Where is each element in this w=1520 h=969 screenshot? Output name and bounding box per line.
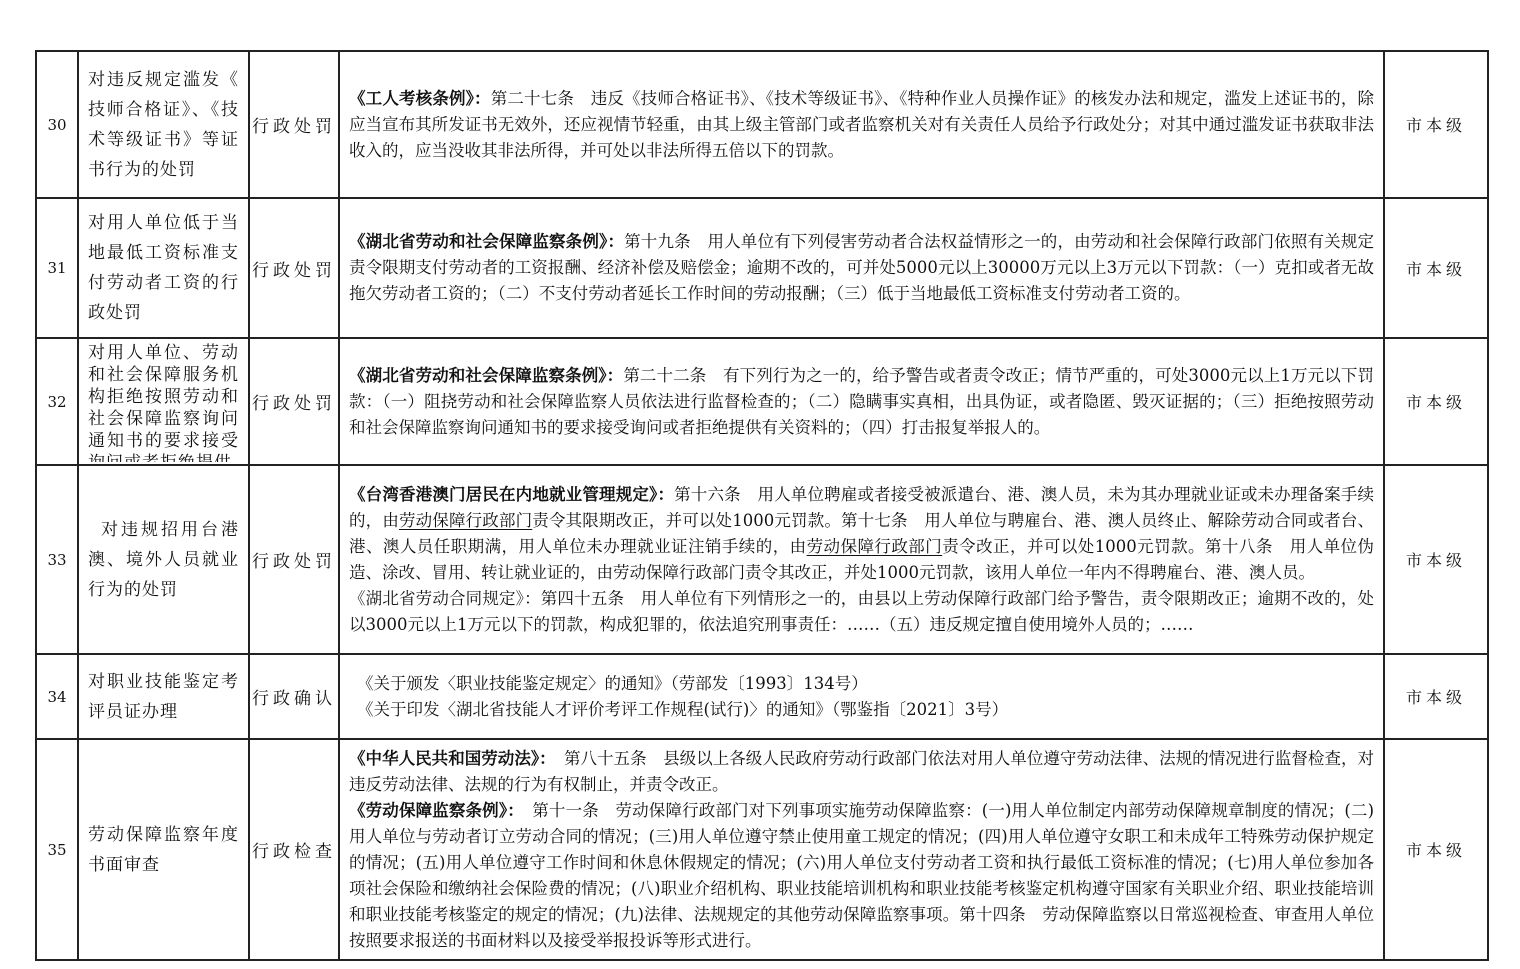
power-type: 行政检查 [249,739,339,960]
power-type: 行政处罚 [249,51,339,198]
item-name-cell: 对职业技能鉴定考评员证办理 [78,654,249,739]
underlined-authority: 劳动保障行政部门 [807,537,943,556]
document-page: 30 对违反规定滥发《技师合格证》、《技术等级证书》等证书行为的处罚 行政处罚 … [0,0,1520,969]
legal-basis-cell: 《工人考核条例》：第二十七条 违反《技师合格证书》、《技术等级证书》、《特种作业… [339,51,1384,198]
legal-paragraph: 《湖北省劳动和社会保障监察条例》：第十九条 用人单位有下列侵害劳动者合法权益情形… [349,229,1374,307]
table-row: 33 对违规招用台港澳、境外人员就业行为的处罚 行政处罚 《台湾香港澳门居民在内… [36,465,1488,654]
exercise-level: 市本级 [1384,654,1488,739]
legal-basis-cell: 《湖北省劳动和社会保障监察条例》：第二十二条 有下列行为之一的，给予警告或者责令… [339,338,1384,465]
legal-paragraph: 《中华人民共和国劳动法》： 第八十五条 县级以上各级人民政府劳动行政部门依法对用… [349,746,1374,798]
legal-paragraph: 《劳动保障监察条例》： 第十一条 劳动保障行政部门对下列事项实施劳动保障监察：(… [349,798,1374,954]
item-name-cell: 对违规招用台港澳、境外人员就业行为的处罚 [78,465,249,654]
power-type: 行政处罚 [249,465,339,654]
legal-paragraph: 《工人考核条例》：第二十七条 违反《技师合格证书》、《技术等级证书》、《特种作业… [349,86,1374,164]
table-row: 34 对职业技能鉴定考评员证办理 行政确认 《关于颁发〈职业技能鉴定规定〉的通知… [36,654,1488,739]
power-type: 行政处罚 [249,338,339,465]
regulation-title: 《台湾香港澳门居民在内地就业管理规定》： [349,485,674,504]
regulation-body: 《关于颁发〈职业技能鉴定规定〉的通知》（劳部发〔1993〕134号） [357,674,868,693]
legal-paragraph: 《湖北省劳动合同规定》：第四十五条 用人单位有下列情形之一的，由县以上劳动保障行… [349,586,1374,638]
exercise-level: 市本级 [1384,338,1488,465]
exercise-level: 市本级 [1384,51,1488,198]
item-name: 对违反规定滥发《技师合格证》、《技术等级证书》等证书行为的处罚 [88,65,239,185]
item-name-cell: 对违反规定滥发《技师合格证》、《技术等级证书》等证书行为的处罚 [78,51,249,198]
item-name: 对用人单位、劳动和社会保障服务机构拒绝按照劳动和社会保障监察询问通知书的要求接受… [88,342,239,462]
regulation-title: 《湖北省劳动和社会保障监察条例》： [349,366,623,385]
table-row: 35 劳动保障监察年度书面审查 行政检查 《中华人民共和国劳动法》： 第八十五条… [36,739,1488,960]
power-type: 行政处罚 [249,198,339,338]
item-name-cell: 对用人单位低于当地最低工资标准支付劳动者工资的行政处罚 [78,198,249,338]
legal-paragraph: 《关于颁发〈职业技能鉴定规定〉的通知》（劳部发〔1993〕134号） [349,671,1374,697]
legal-paragraph: 《台湾香港澳门居民在内地就业管理规定》：第十六条 用人单位聘雇或者接受被派遣台、… [349,482,1374,586]
regulation-body: 《湖北省劳动合同规定》：第四十五条 用人单位有下列情形之一的，由县以上劳动保障行… [349,589,1374,634]
legal-paragraph: 《湖北省劳动和社会保障监察条例》：第二十二条 有下列行为之一的，给予警告或者责令… [349,363,1374,441]
regulation-title: 《中华人民共和国劳动法》： [349,749,547,768]
row-number: 32 [36,338,78,465]
row-number: 31 [36,198,78,338]
regulation-title: 《劳动保障监察条例》： [349,801,516,820]
row-number: 35 [36,739,78,960]
legal-basis-cell: 《关于颁发〈职业技能鉴定规定〉的通知》（劳部发〔1993〕134号） 《关于印发… [339,654,1384,739]
item-name-cell: 劳动保障监察年度书面审查 [78,739,249,960]
regulation-body: 第十一条 劳动保障行政部门对下列事项实施劳动保障监察：(一)用人单位制定内部劳动… [349,801,1374,950]
legal-paragraph: 《关于印发〈湖北省技能人才评价考评工作规程(试行)〉的通知》（鄂鉴指〔2021〕… [349,697,1374,723]
table-row: 31 对用人单位低于当地最低工资标准支付劳动者工资的行政处罚 行政处罚 《湖北省… [36,198,1488,338]
power-type: 行政确认 [249,654,339,739]
table-row: 32 对用人单位、劳动和社会保障服务机构拒绝按照劳动和社会保障监察询问通知书的要… [36,338,1488,465]
legal-basis-cell: 《中华人民共和国劳动法》： 第八十五条 县级以上各级人民政府劳动行政部门依法对用… [339,739,1384,960]
power-list-table: 30 对违反规定滥发《技师合格证》、《技术等级证书》等证书行为的处罚 行政处罚 … [35,50,1489,961]
regulation-title: 《湖北省劳动和社会保障监察条例》： [349,232,624,251]
item-name: 劳动保障监察年度书面审查 [88,820,239,880]
regulation-title: 《工人考核条例》： [349,89,491,108]
exercise-level: 市本级 [1384,739,1488,960]
legal-basis-cell: 《湖北省劳动和社会保障监察条例》：第十九条 用人单位有下列侵害劳动者合法权益情形… [339,198,1384,338]
row-number: 30 [36,51,78,198]
item-name: 对职业技能鉴定考评员证办理 [88,667,239,727]
table-row: 30 对违反规定滥发《技师合格证》、《技术等级证书》等证书行为的处罚 行政处罚 … [36,51,1488,198]
underlined-authority: 劳动保障行政部门 [399,511,532,530]
item-name: 对用人单位低于当地最低工资标准支付劳动者工资的行政处罚 [88,208,239,328]
exercise-level: 市本级 [1384,198,1488,338]
item-name-cell: 对用人单位、劳动和社会保障服务机构拒绝按照劳动和社会保障监察询问通知书的要求接受… [78,338,249,465]
regulation-body: 《关于印发〈湖北省技能人才评价考评工作规程(试行)〉的通知》（鄂鉴指〔2021〕… [357,700,1008,719]
legal-basis-cell: 《台湾香港澳门居民在内地就业管理规定》：第十六条 用人单位聘雇或者接受被派遣台、… [339,465,1384,654]
row-number: 34 [36,654,78,739]
row-number: 33 [36,465,78,654]
regulation-body: 第二十七条 违反《技师合格证书》、《技术等级证书》、《特种作业人员操作证》的核发… [349,89,1374,160]
item-name: 对违规招用台港澳、境外人员就业行为的处罚 [88,515,239,605]
exercise-level: 市本级 [1384,465,1488,654]
